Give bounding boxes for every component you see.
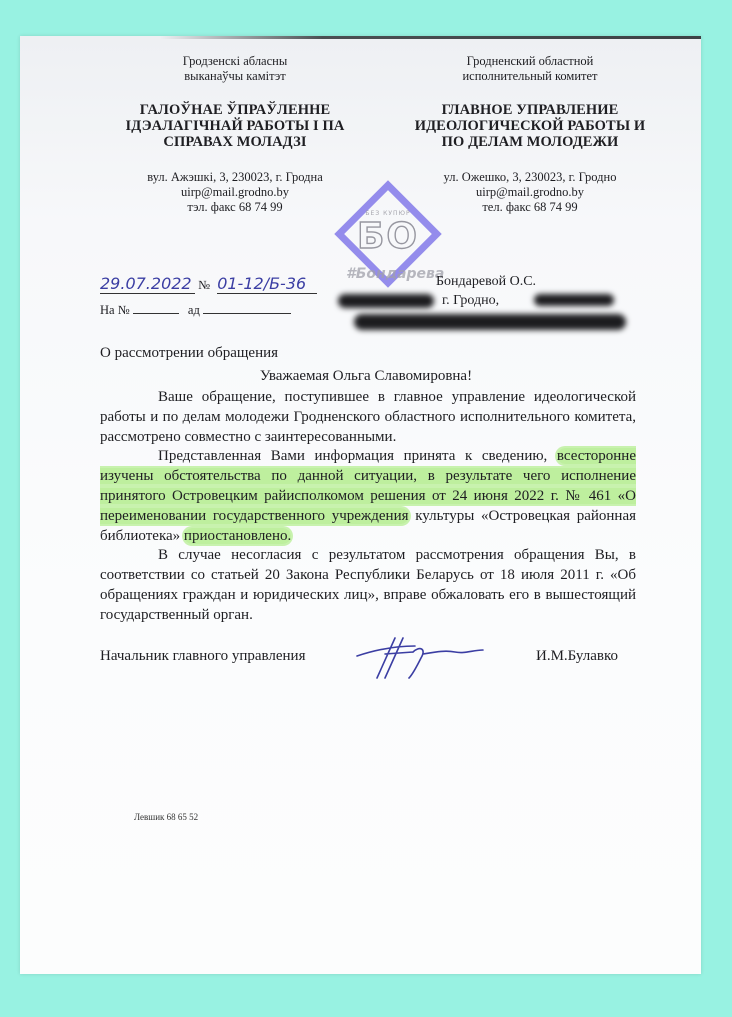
addressee-city: г. Гродно, — [442, 291, 536, 310]
redaction-bar — [534, 294, 614, 306]
address-be: вул. Ажэшкі, 3, 230023, г. Гродна — [112, 170, 358, 185]
ref-from-label: ад — [188, 303, 200, 317]
ref-date-blank — [203, 313, 291, 314]
paragraph-3: В случае несогласия с результатом рассмо… — [100, 546, 636, 625]
ref-label: На № — [100, 303, 130, 317]
dept-name-ru: ГЛАВНОЕ УПРАВЛЕНИЕ ИДЕОЛОГИЧЕСКОЙ РАБОТЫ… — [399, 102, 661, 150]
redaction-bar — [338, 294, 434, 308]
watermark-hashtag: #Бондарева — [346, 266, 444, 282]
signature-block: Начальник главного управления И.М.Булавк… — [100, 648, 636, 665]
letterhead-belarusian: Гродзенскі абласны выканаўчы камітэт ГАЛ… — [112, 54, 358, 215]
redaction-bar — [354, 314, 626, 330]
phone-be: тэл. факс 68 74 99 — [112, 200, 358, 215]
letterhead-russian: Гродненский областной исполнительный ком… — [399, 54, 661, 215]
number-label: № — [198, 278, 210, 292]
org-name-ru: Гродненский областной исполнительный ком… — [399, 54, 661, 84]
reference-line: На № ад — [100, 303, 291, 318]
dept-name-be: ГАЛОЎНАЕ ЎПРАЎЛЕННЕ ІДЭАЛАГІЧНАЙ РАБОТЫ … — [112, 102, 358, 150]
signatory-title: Начальник главного управления — [100, 648, 305, 664]
signatory-name: И.М.Булавко — [536, 648, 618, 665]
signature-scribble-icon — [355, 634, 485, 680]
addressee-name: Бондаревой О.С. — [436, 272, 536, 291]
letter-body: Ваше обращение, поступившее в главное уп… — [100, 388, 636, 626]
addressee-block: Бондаревой О.С. г. Гродно, — [436, 272, 536, 310]
org-name-be: Гродзенскі абласны выканаўчы камітэт — [112, 54, 358, 84]
number-handwritten: 01-12/Б-36 — [217, 274, 317, 294]
registration-line: 29.07.2022 № 01-12/Б-36 — [100, 274, 317, 294]
salutation: Уважаемая Ольга Славомировна! — [0, 368, 732, 385]
ref-number-blank — [133, 313, 179, 314]
email-be: uirp@mail.grodno.by — [112, 185, 358, 200]
date-handwritten: 29.07.2022 — [100, 274, 195, 294]
paragraph-2: Представленная Вами информация принята к… — [100, 447, 636, 546]
executor-note: Левшик 68 65 52 — [134, 812, 198, 822]
subject-line: О рассмотрении обращения — [100, 345, 278, 362]
email-ru: uirp@mail.grodno.by — [399, 185, 661, 200]
address-ru: ул. Ожешко, 3, 230023, г. Гродно — [399, 170, 661, 185]
phone-ru: тел. факс 68 74 99 — [399, 200, 661, 215]
paragraph-1: Ваше обращение, поступившее в главное уп… — [100, 388, 636, 447]
scan-edge-shadow — [160, 36, 701, 39]
highlighted-text: приостановлено. — [184, 528, 291, 544]
